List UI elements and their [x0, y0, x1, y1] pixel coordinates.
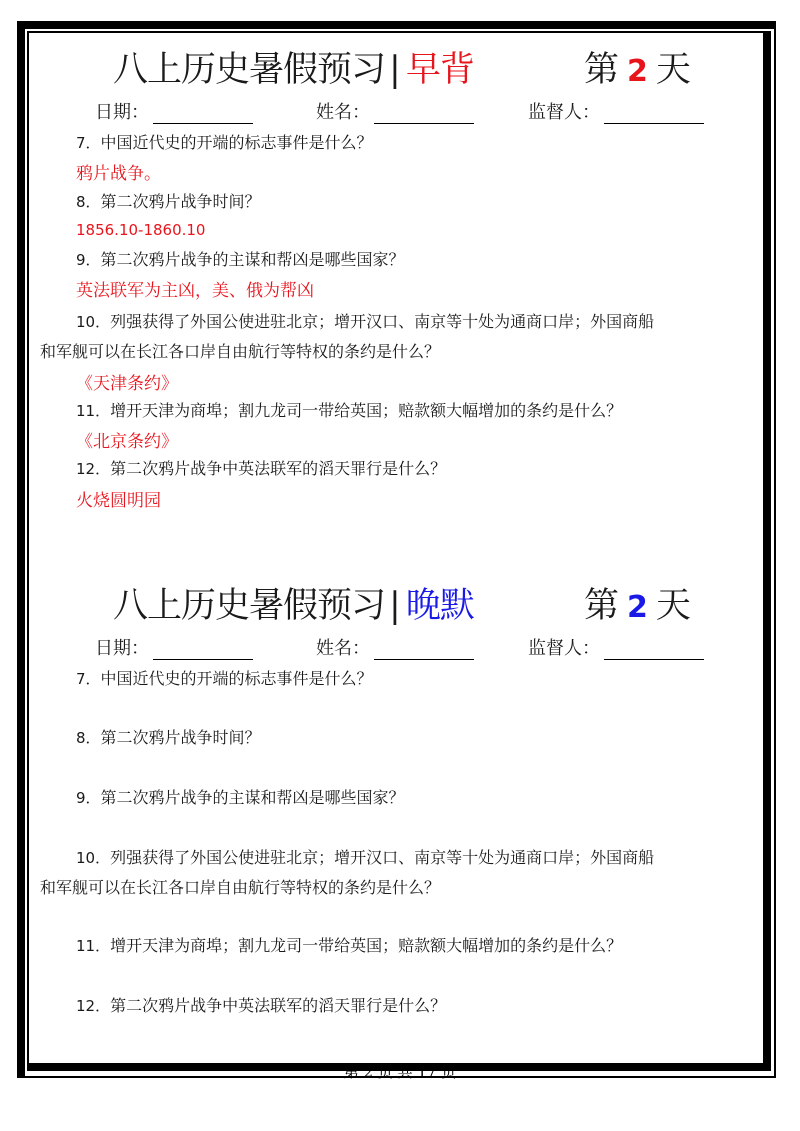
question-12: 12．第二次鸦片战争中英法联军的滔天罪行是什么？ [76, 456, 446, 479]
answer-12: 火烧圆明园 [76, 486, 161, 511]
name-blank[interactable] [374, 642, 474, 660]
question-10-cont: 和军舰可以在长江各口岸自由航行等特权的条约是什么？ [40, 339, 440, 362]
question-12: 12．第二次鸦片战争中英法联军的滔天罪行是什么？ [76, 993, 446, 1016]
answer-9: 英法联军为主凶，美、俄为帮凶 [76, 276, 314, 301]
question-8: 8．第二次鸦片战争时间？ [76, 725, 261, 748]
date-blank[interactable] [153, 106, 253, 124]
supervisor-blank[interactable] [604, 642, 704, 660]
supervisor-blank[interactable] [604, 106, 704, 124]
answer-10: 《天津条约》 [76, 369, 178, 394]
title-text: 八上历史暑假预习|早背 [113, 42, 474, 92]
name-field[interactable]: 姓名： [316, 98, 474, 124]
question-10-cont: 和军舰可以在长江各口岸自由航行等特权的条约是什么？ [40, 875, 440, 898]
section-title: 八上历史暑假预习|早背 第2天 [0, 42, 800, 88]
day-number: 2 [627, 590, 648, 625]
section-title: 八上历史暑假预习|晚默 第2天 [0, 578, 800, 624]
answer-11: 《北京条约》 [76, 427, 178, 452]
info-fields: 日期： 姓名： 监督人： [0, 634, 800, 658]
supervisor-field[interactable]: 监督人： [528, 634, 704, 660]
supervisor-field[interactable]: 监督人： [528, 98, 704, 124]
question-9: 9．第二次鸦片战争的主谋和帮凶是哪些国家？ [76, 247, 405, 270]
title-text: 八上历史暑假预习|晚默 [113, 578, 474, 628]
question-10: 10．列强获得了外国公使进驻北京；增开汉口、南京等十处为通商口岸；外国商船 [76, 309, 654, 332]
day-label: 第2天 [584, 42, 691, 92]
question-10: 10．列强获得了外国公使进驻北京；增开汉口、南京等十处为通商口岸；外国商船 [76, 845, 654, 868]
title-tag: 晚默 [406, 586, 474, 626]
date-field[interactable]: 日期： [95, 634, 253, 660]
question-11: 11．增开天津为商埠；割九龙司一带给英国；赔款额大幅增加的条约是什么？ [76, 933, 622, 956]
name-field[interactable]: 姓名： [316, 634, 474, 660]
day-label: 第2天 [584, 578, 691, 628]
question-9: 9．第二次鸦片战争的主谋和帮凶是哪些国家？ [76, 785, 405, 808]
page-border-inner [27, 31, 771, 1071]
title-tag: 早背 [406, 50, 474, 90]
question-11: 11．增开天津为商埠；割九龙司一带给英国；赔款额大幅增加的条约是什么？ [76, 398, 622, 421]
question-7: 7．中国近代史的开端的标志事件是什么？ [76, 130, 373, 153]
date-blank[interactable] [153, 642, 253, 660]
info-fields: 日期： 姓名： 监督人： [0, 98, 800, 122]
question-8: 8．第二次鸦片战争时间？ [76, 189, 261, 212]
date-field[interactable]: 日期： [95, 98, 253, 124]
answer-7: 鸦片战争。 [76, 159, 161, 184]
answer-8: 1856.10-1860.10 [76, 221, 205, 239]
question-7: 7．中国近代史的开端的标志事件是什么？ [76, 666, 373, 689]
day-number: 2 [627, 54, 648, 89]
name-blank[interactable] [374, 106, 474, 124]
